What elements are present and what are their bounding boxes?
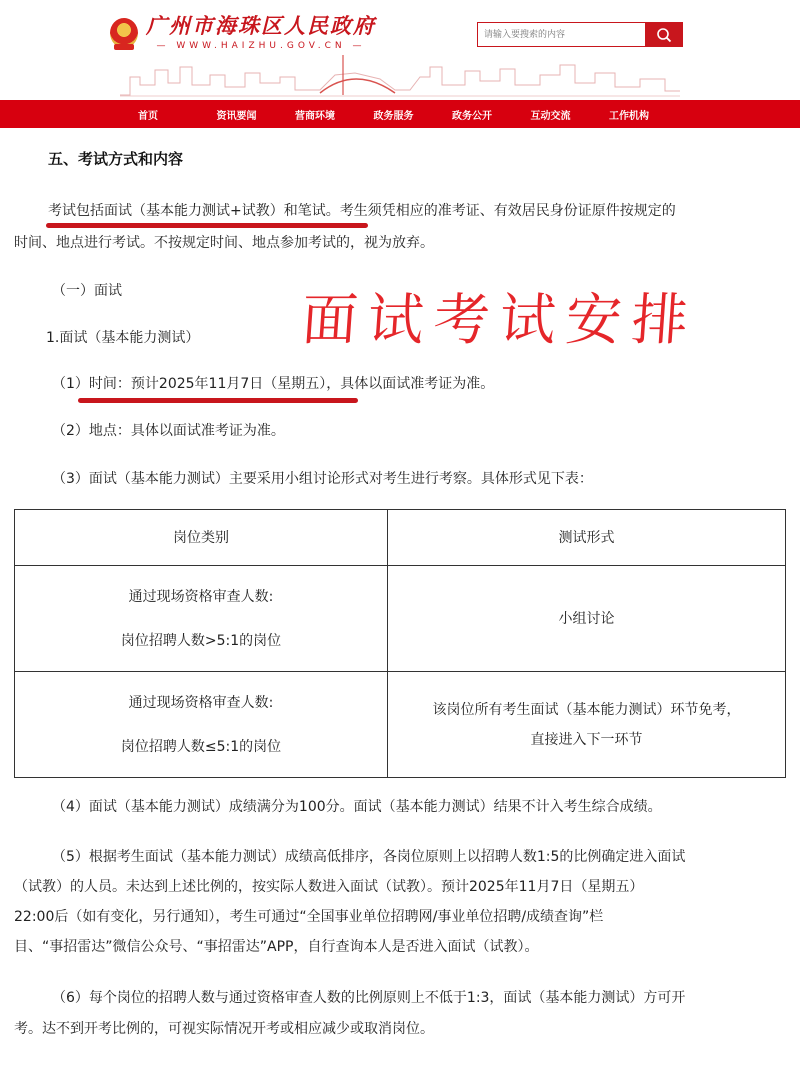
site-header: 广州市海珠区人民政府 — WWW.HAIZHU.GOV.CN — bbox=[0, 0, 800, 98]
point-4: （4）面试（基本能力测试）成绩满分为100分。面试（基本能力测试）结果不计入考生… bbox=[52, 797, 662, 817]
table-header: 岗位类别 bbox=[15, 510, 388, 566]
point-1: （1）时间：预计2025年11月7日（星期五），具体以面试准考证为准。 bbox=[52, 374, 494, 394]
point-2: （2）地点：具体以面试准考证为准。 bbox=[52, 421, 285, 441]
point-6-line-1: （6）每个岗位的招聘人数与通过资格审查人数的比例原则上不低于1:3，面试（基本能… bbox=[52, 988, 685, 1008]
search-input[interactable] bbox=[477, 22, 645, 47]
table-header: 测试形式 bbox=[388, 510, 786, 566]
section-title: 五、考试方式和内容 bbox=[48, 148, 183, 169]
site-logo[interactable]: 广州市海珠区人民政府 — WWW.HAIZHU.GOV.CN — bbox=[110, 14, 376, 51]
nav-item-home[interactable]: 首页 bbox=[138, 107, 217, 122]
nav-item-public-affairs[interactable]: 政务公开 bbox=[452, 107, 531, 122]
handwritten-annotation: 面试考试安排 bbox=[299, 276, 701, 356]
point-5-line-3: 22:00后（如有变化，另行通知），考生可通过“全国事业单位招聘网/事业单位招聘… bbox=[14, 907, 603, 927]
point-3: （3）面试（基本能力测试）主要采用小组讨论形式对考生进行考察。具体形式见下表： bbox=[52, 469, 593, 489]
nav-item-news[interactable]: 资讯要闻 bbox=[217, 107, 296, 122]
table-header-row: 岗位类别 测试形式 bbox=[15, 510, 786, 566]
highlight-underline bbox=[78, 398, 358, 403]
site-name: 广州市海珠区人民政府 bbox=[146, 14, 376, 38]
nav-item-interaction[interactable]: 互动交流 bbox=[531, 107, 610, 122]
table-cell: 小组讨论 bbox=[388, 566, 786, 672]
table-row: 通过现场资格审查人数: 岗位招聘人数>5:1的岗位 小组讨论 bbox=[15, 566, 786, 672]
intro-line-1: 考试包括面试（基本能力测试+试教）和笔试。考生须凭相应的准考证、有效居民身份证原… bbox=[48, 201, 676, 221]
table-cell: 通过现场资格审查人数: 岗位招聘人数≤5:1的岗位 bbox=[15, 672, 388, 778]
intro-line-2: 时间、地点进行考试。不按规定时间、地点参加考试的，视为放弃。 bbox=[14, 233, 434, 253]
nav-item-government-services[interactable]: 政务服务 bbox=[374, 107, 453, 122]
search-bar bbox=[477, 22, 683, 47]
point-5-line-4: 目、“事招雷达”微信公众号、“事招雷达”APP，自行查询本人是否进入面试（试教）… bbox=[14, 937, 538, 957]
interview-form-table: 岗位类别 测试形式 通过现场资格审查人数: 岗位招聘人数>5:1的岗位 小组讨论… bbox=[14, 509, 786, 778]
item-heading: 1.面试（基本能力测试） bbox=[46, 328, 199, 348]
table-cell: 该岗位所有考生面试（基本能力测试）环节免考， 直接进入下一环节 bbox=[388, 672, 786, 778]
search-icon bbox=[656, 27, 672, 43]
point-5-line-2: （试教）的人员。未达到上述比例的，按实际人数进入面试（试教）。预计2025年11… bbox=[14, 877, 643, 897]
table-row: 通过现场资格审查人数: 岗位招聘人数≤5:1的岗位 该岗位所有考生面试（基本能力… bbox=[15, 672, 786, 778]
highlight-underline bbox=[46, 223, 368, 228]
point-6-line-2: 考。达不到开考比例的，可视实际情况开考或相应减少或取消岗位。 bbox=[14, 1019, 434, 1039]
search-button[interactable] bbox=[645, 22, 683, 47]
point-5-line-1: （5）根据考生面试（基本能力测试）成绩高低排序，各岗位原则上以招聘人数1:5的比… bbox=[52, 847, 685, 867]
site-url: — WWW.HAIZHU.GOV.CN — bbox=[146, 41, 376, 51]
national-emblem-icon bbox=[110, 18, 138, 48]
table-cell: 通过现场资格审查人数: 岗位招聘人数>5:1的岗位 bbox=[15, 566, 388, 672]
main-nav: 首页 资讯要闻 营商环境 政务服务 政务公开 互动交流 工作机构 bbox=[0, 100, 800, 128]
nav-item-business-environment[interactable]: 营商环境 bbox=[295, 107, 374, 122]
city-skyline-illustration bbox=[120, 55, 680, 97]
nav-item-organizations[interactable]: 工作机构 bbox=[609, 107, 688, 122]
subsection-heading: （一）面试 bbox=[52, 281, 122, 301]
